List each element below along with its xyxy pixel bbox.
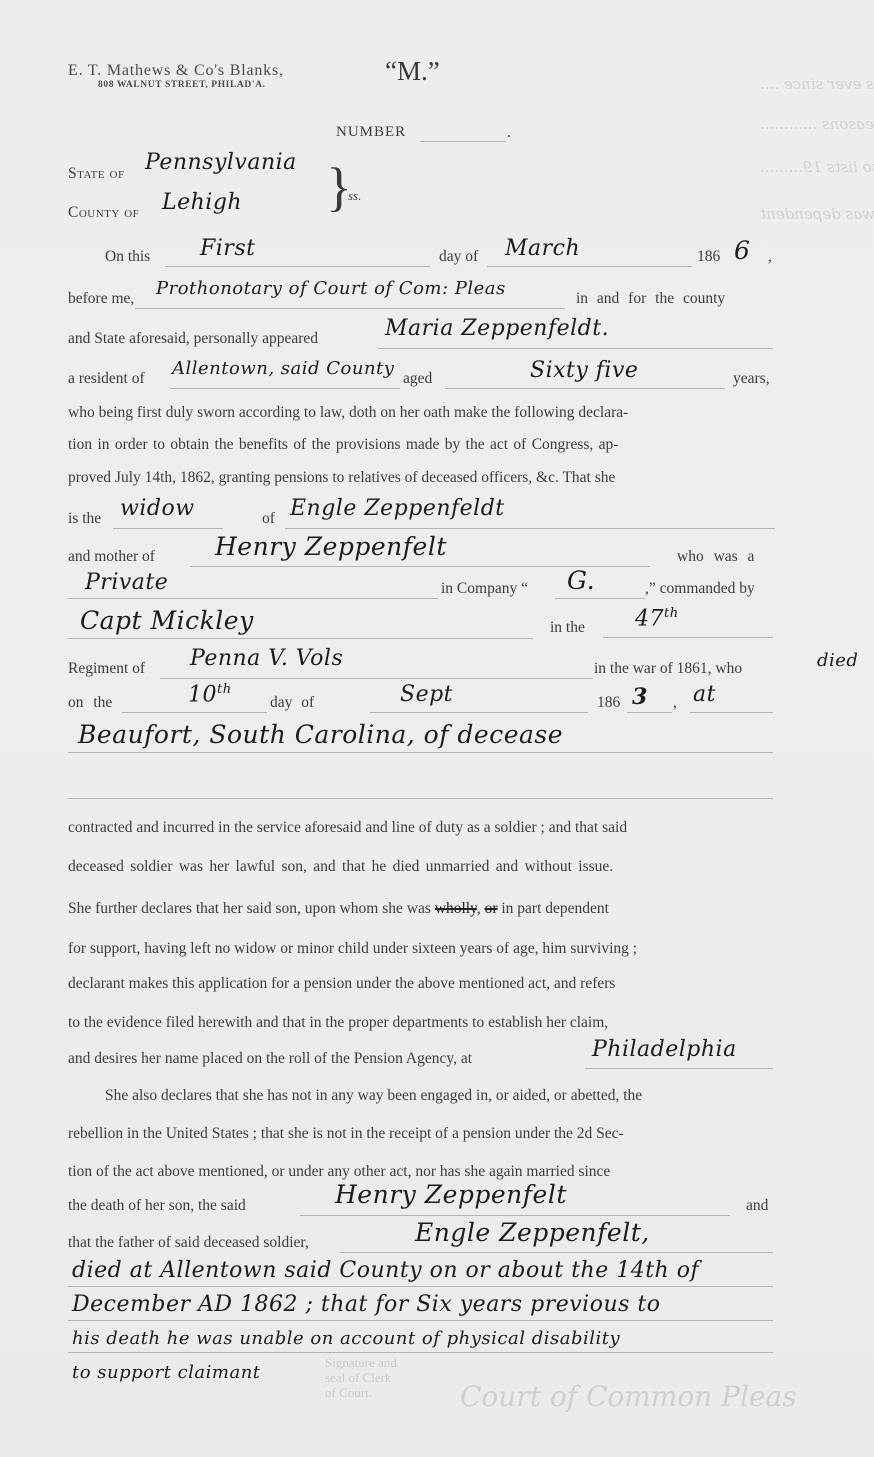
regiment-field-rule bbox=[160, 678, 593, 679]
paragraph-line: She also declares that she has not in an… bbox=[105, 1087, 642, 1105]
death-day-field-rule bbox=[122, 712, 267, 713]
regiment-number: 47th bbox=[635, 606, 679, 631]
company-value: G. bbox=[567, 566, 595, 595]
age-field-rule bbox=[445, 388, 725, 389]
state-label: State of bbox=[68, 165, 125, 183]
death-year-prefix: 186 bbox=[597, 694, 620, 712]
regiment-number-value: 47 bbox=[635, 606, 664, 631]
before-me-label: before me, bbox=[68, 290, 134, 308]
father-field-rule bbox=[340, 1252, 773, 1253]
county-label: County of bbox=[68, 204, 139, 222]
regiment-value: Penna V. Vols bbox=[190, 646, 343, 671]
addendum-rule bbox=[68, 1352, 773, 1353]
bleed-through-text: declarant so lists 19......... bbox=[760, 158, 874, 176]
age-value: Sixty five bbox=[530, 358, 638, 383]
rank-field-rule bbox=[68, 598, 438, 599]
addendum-line: to support claimant bbox=[72, 1362, 261, 1383]
residence-value: Allentown, said County bbox=[172, 358, 394, 379]
residence-field-rule bbox=[170, 388, 400, 389]
signature-seal-label: Signature and seal of Clerk of Court. bbox=[325, 1355, 397, 1400]
bleed-through-text: and that she has ever since .... bbox=[760, 75, 874, 93]
agency-value: Philadelphia bbox=[592, 1037, 737, 1062]
paragraph-line: declarant makes this application for a p… bbox=[68, 975, 615, 993]
text-segment: in part dependent bbox=[501, 900, 609, 917]
company-field-rule bbox=[555, 598, 645, 599]
death-year-digit: 3 bbox=[632, 684, 648, 710]
death-month-field-rule bbox=[370, 712, 588, 713]
of-label: of bbox=[262, 510, 275, 528]
husband-field-rule bbox=[285, 528, 775, 529]
paragraph-line: and desires her name placed on the roll … bbox=[68, 1050, 472, 1068]
seal-label-line: seal of Clerk bbox=[325, 1370, 397, 1385]
resident-of-label: a resident of bbox=[68, 370, 145, 388]
fate-value: died bbox=[817, 650, 858, 671]
number-label: NUMBER bbox=[336, 124, 406, 141]
commanded-by-label: ,” commanded by bbox=[645, 580, 755, 598]
mother-of-label: and mother of bbox=[68, 548, 155, 566]
death-day-sup: th bbox=[217, 682, 232, 697]
addendum-rule bbox=[68, 1286, 773, 1287]
officer-field-rule bbox=[135, 308, 565, 309]
rank-value: Private bbox=[85, 570, 168, 595]
state-aforesaid-label: and State aforesaid, personally appeared bbox=[68, 330, 318, 348]
captain-field-rule bbox=[68, 638, 533, 639]
on-this-label: On this bbox=[105, 248, 150, 266]
month-field-rule bbox=[487, 266, 692, 267]
on-the-label: on the bbox=[68, 694, 112, 712]
paragraph-line: She further declares that her said son, … bbox=[68, 900, 609, 918]
relation-field-rule bbox=[113, 528, 223, 529]
pension-declaration-form: and that she has ever since .... For oth… bbox=[0, 0, 874, 1457]
text-segment: She further declares that her said son, … bbox=[68, 900, 431, 917]
text-segment: , bbox=[477, 900, 481, 917]
claimant-field-rule bbox=[378, 348, 773, 349]
regiment-number-field-rule bbox=[603, 637, 773, 638]
addendum-line: his death he was unable on account of ph… bbox=[72, 1328, 620, 1349]
war-of-1861-label: in the war of 1861, who bbox=[594, 660, 742, 678]
paragraph-line: deceased soldier was her lawful son, and… bbox=[68, 858, 613, 876]
paragraph-line: who being first duly sworn according to … bbox=[68, 404, 628, 422]
regiment-of-label: Regiment of bbox=[68, 660, 145, 678]
son-name: Henry Zeppenfelt bbox=[335, 1180, 567, 1209]
who-was-a-label: who was a bbox=[677, 548, 754, 566]
seal-label-line: Signature and bbox=[325, 1355, 397, 1370]
year-prefix: 186 bbox=[697, 248, 720, 266]
aged-label: aged bbox=[403, 370, 432, 388]
struck-word-wholly: wholly bbox=[435, 900, 477, 917]
husband-name: Engle Zeppenfeldt bbox=[290, 496, 505, 521]
regiment-number-sup: th bbox=[664, 606, 679, 621]
death-year-comma: , bbox=[673, 694, 677, 712]
day-value: First bbox=[200, 236, 255, 261]
agency-field-rule bbox=[585, 1068, 773, 1069]
captain-value: Capt Mickley bbox=[80, 606, 254, 635]
officer-value: Prothonotary of Court of Com: Pleas bbox=[156, 278, 506, 299]
father-label: that the father of said deceased soldier… bbox=[68, 1234, 309, 1252]
form-letter: “M.” bbox=[385, 56, 440, 87]
relation-value: widow bbox=[120, 496, 195, 521]
day-of-label: day of bbox=[439, 248, 478, 266]
seal-label-line: of Court. bbox=[325, 1385, 397, 1400]
place-value: Beaufort, South Carolina, of decease bbox=[78, 720, 563, 749]
claimant-name: Maria Zeppenfeldt. bbox=[385, 316, 609, 341]
day-field-rule bbox=[165, 266, 430, 267]
addendum-line: died at Allentown said County on or abou… bbox=[72, 1258, 699, 1283]
year-comma: , bbox=[768, 248, 772, 266]
blank-field-rule bbox=[68, 798, 773, 799]
at-field-rule bbox=[690, 712, 773, 713]
publisher-name: E. T. Mathews & Co's Blanks, bbox=[68, 62, 284, 80]
in-the-label: in the bbox=[550, 619, 585, 637]
month-value: March bbox=[505, 236, 580, 261]
paragraph-line: contracted and incurred in the service a… bbox=[68, 819, 627, 837]
state-value: Pennsylvania bbox=[145, 150, 297, 175]
paragraph-line: for support, having left no widow or min… bbox=[68, 940, 637, 958]
death-year-field-rule bbox=[627, 712, 672, 713]
bleed-through-text: For other reasons ............ bbox=[760, 115, 874, 133]
paragraph-line: to the evidence filed herewith and that … bbox=[68, 1014, 608, 1032]
death-day-value: 10 bbox=[188, 682, 217, 707]
day-of-label: day of bbox=[270, 694, 314, 712]
is-the-label: is the bbox=[68, 510, 101, 528]
paragraph-line: proved July 14th, 1862, granting pension… bbox=[68, 469, 615, 487]
ss-label: ss. bbox=[348, 188, 361, 204]
addendum-rule bbox=[68, 1320, 773, 1321]
death-day: 10th bbox=[188, 682, 232, 707]
paragraph-line: rebellion in the United States ; that sh… bbox=[68, 1125, 624, 1143]
in-and-for-label: in and for the county bbox=[576, 290, 725, 308]
years-label: years, bbox=[733, 370, 770, 388]
number-period: . bbox=[507, 124, 511, 142]
at-value: at bbox=[693, 682, 716, 707]
soldier-name: Henry Zeppenfelt bbox=[215, 532, 447, 561]
publisher-address: 808 WALNUT STREET, PHILAD'A. bbox=[98, 80, 266, 90]
paragraph-line: the death of her son, the said bbox=[68, 1197, 246, 1215]
and-label: and bbox=[746, 1197, 768, 1215]
paragraph-line: tion in order to obtain the benefits of … bbox=[68, 436, 618, 454]
father-value: Engle Zeppenfelt, bbox=[415, 1218, 650, 1247]
son-field-rule bbox=[300, 1215, 730, 1216]
place-field-rule bbox=[68, 752, 773, 753]
number-field bbox=[420, 141, 506, 142]
bleed-through-text: and for evidence that she was dependent bbox=[760, 205, 874, 223]
in-company-label: in Company “ bbox=[441, 580, 528, 598]
paragraph-line: tion of the act above mentioned, or unde… bbox=[68, 1163, 610, 1181]
death-month-value: Sept bbox=[400, 682, 453, 707]
venue-brace: } bbox=[326, 160, 352, 214]
addendum-line: December AD 1862 ; that for Six years pr… bbox=[72, 1292, 660, 1317]
faint-clerk-signature: Court of Common Pleas bbox=[460, 1380, 797, 1413]
county-value: Lehigh bbox=[162, 190, 242, 215]
struck-word-or: or bbox=[485, 900, 498, 917]
year-digit: 6 bbox=[734, 236, 750, 265]
